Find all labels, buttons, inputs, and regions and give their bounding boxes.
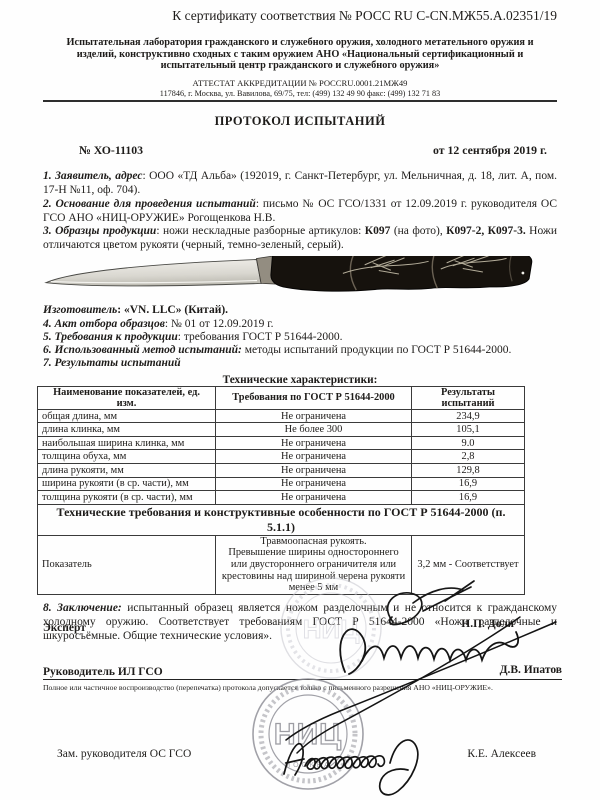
method-line: 6. Использованный метод испытаний: метод… [43,344,557,357]
header-divider [43,100,557,102]
test-protocol-document: К сертификату соответствия № РОСС RU C-C… [0,0,600,800]
laboratory-name: Испытательная лаборатория гражданского и… [54,37,546,72]
certificate-reference: К сертификату соответствия № РОСС RU C-C… [43,0,557,24]
applicant-paragraph: 1. Заявитель, адрес: ООО «ТД Альба» (192… [43,170,557,198]
table-row: толщина рукояти (в ср. части), ммНе огра… [38,491,525,505]
manufacturer-line: Изготовитель: «VN. LLC» (Китай). [43,304,557,317]
table-row: наибольшая ширина клинка, ммНе ограничен… [38,436,525,450]
knife-blade [46,260,262,289]
head-role-label: Руководитель ИЛ ГСО [43,666,163,678]
knife-photo-illustration [43,256,543,304]
laboratory-address: 117846, г. Москва, ул. Вавилова, 69/75, … [43,89,557,98]
stamp-center-text: НИЦ [274,718,342,751]
nic-round-stamp: НИЦ МОСКВА [253,679,363,789]
protocol-number: № ХО-11103 [43,143,143,158]
results-line: 7. Результаты испытаний [43,357,557,370]
samples-paragraph: 3. Образцы продукции: ножи нескладные ра… [43,225,557,253]
table-title: Технические характеристики: [43,374,557,386]
deputy-signature [284,740,418,795]
head-name: Д.В. Ипатов [500,664,562,676]
col-header-requirement: Требования по ГОСТ Р 51644-2000 [216,386,412,409]
protocol-number-row: № ХО-11103 от 12 сентября 2019 г. [43,143,557,158]
stamp-bottom-text: МОСКВА [284,762,332,769]
table-row: длина рукояти, ммНе ограничена129,8 [38,464,525,478]
signature-block: Эксперт Н.П. Доля Руководитель ИЛ ГСО Д.… [0,560,600,800]
deputy-role-label: Зам. руководителя ОС ГСО [57,748,191,760]
sampling-act-line: 4. Акт отбора образцов: № 01 от 12.09.20… [43,318,557,331]
expert-role-label: Эксперт [43,622,86,634]
table-header-row: Наименование показателей, ед. изм. Требо… [38,386,525,409]
signature-line [43,679,562,680]
faint-round-stamp: НИЦ [281,578,381,678]
reproduction-note: Полное или частичное воспроизводство (пе… [43,683,493,692]
protocol-items: 1. Заявитель, адрес: ООО «ТД Альба» (192… [43,170,557,253]
accreditation-number: АТТЕСТАТ АККРЕДИТАЦИИ № POCCRU.0001.21МЖ… [43,78,557,88]
table-row: ширина рукояти (в ср. части), ммНе огран… [38,477,525,491]
document-title: ПРОТОКОЛ ИСПЫТАНИЙ [43,114,557,129]
deputy-name: К.Е. Алексеев [467,748,536,760]
table-row: общая длина, ммНе ограничена234,9 [38,409,525,423]
col-header-name: Наименование показателей, ед. изм. [38,386,216,409]
table-row: длина клинка, ммНе более 300105,1 [38,423,525,437]
stamps-and-signatures-overlay: НИЦ НИЦ МОСКВА [0,560,600,800]
product-photo [43,256,557,304]
knife-handle [270,256,532,293]
protocol-date: от 12 сентября 2019 г. [433,143,557,158]
expert-name: Н.П. Доля [461,618,514,630]
requirements-section-title-row: Технические требования и конструктивные … [38,504,525,535]
table-row: толщина обуха, ммНе ограничена2,8 [38,450,525,464]
requirements-line: 5. Требования к продукции: требования ГО… [43,331,557,344]
protocol-items-continued: Изготовитель: «VN. LLC» (Китай). 4. Акт … [43,304,557,370]
basis-paragraph: 2. Основание для проведения испытаний: п… [43,198,557,226]
svg-text:НИЦ: НИЦ [303,614,359,644]
col-header-result: Результаты испытаний [412,386,525,409]
